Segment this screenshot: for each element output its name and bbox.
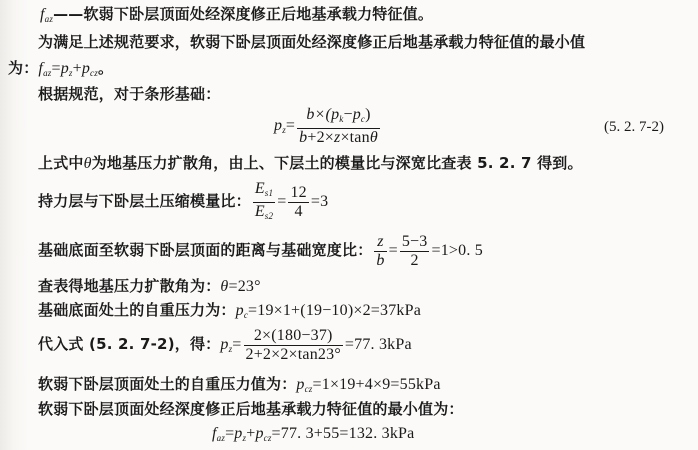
base-self-weight-pressure: 基础底面处土的自重压力为：pc=19×1+(19−10)×2=37kPa <box>38 300 421 325</box>
modulus-ratio: 持力层与下卧层土压缩模量比：Es1Es2=124=3 <box>38 180 328 225</box>
definition-text: ——软弱下卧层顶面处经深度修正后地基承载力特征值。 <box>53 5 433 23</box>
fraction-pz: b×(pk−pc) b+2×z×tanθ <box>297 106 380 147</box>
diffusion-angle: 查表得地基压力扩散角为：θ=23° <box>38 276 261 297</box>
formula-pz: pz= b×(pk−pc) b+2×z×tanθ <box>274 106 382 147</box>
depth-width-ratio: 基础底面至软弱下卧层顶面的距离与基础宽度比：zb=5−32=1>0. 5 <box>38 233 483 270</box>
paragraph-requirement: 为满足上述规范要求，软弱下卧层顶面处经深度修正后地基承载力特征值的最小值 <box>38 32 585 52</box>
paragraph-strip-foundation: 根据规范，对于条形基础： <box>38 84 220 104</box>
paragraph-min-value: 软弱下卧层顶面处经深度修正后地基承载力特征值的最小值为： <box>38 399 464 419</box>
weak-layer-self-weight: 软弱下卧层顶面处土的自重压力值为：pcz=1×19+4×9=55kPa <box>38 374 441 399</box>
paragraph-theta: 上式中θ为地基压力扩散角，由上、下层土的模量比与深宽比查表 5. 2. 7 得到… <box>38 153 583 174</box>
final-result-faz: faz=pz+pcz=77. 3+55=132. 3kPa <box>212 424 414 448</box>
document-page: faz——软弱下卧层顶面处经深度修正后地基承载力特征值。 为满足上述规范要求，软… <box>0 0 698 450</box>
definition-faz: faz——软弱下卧层顶面处经深度修正后地基承载力特征值。 <box>40 4 433 29</box>
equation-faz-sum: 为：faz=pz+pcz。 <box>8 58 113 83</box>
substitution-pz: 代入式 (5. 2. 7-2)，得：pz=2×(180−37)2+2×2×tan… <box>38 327 412 364</box>
equation-number: (5. 2. 7-2) <box>604 119 664 136</box>
